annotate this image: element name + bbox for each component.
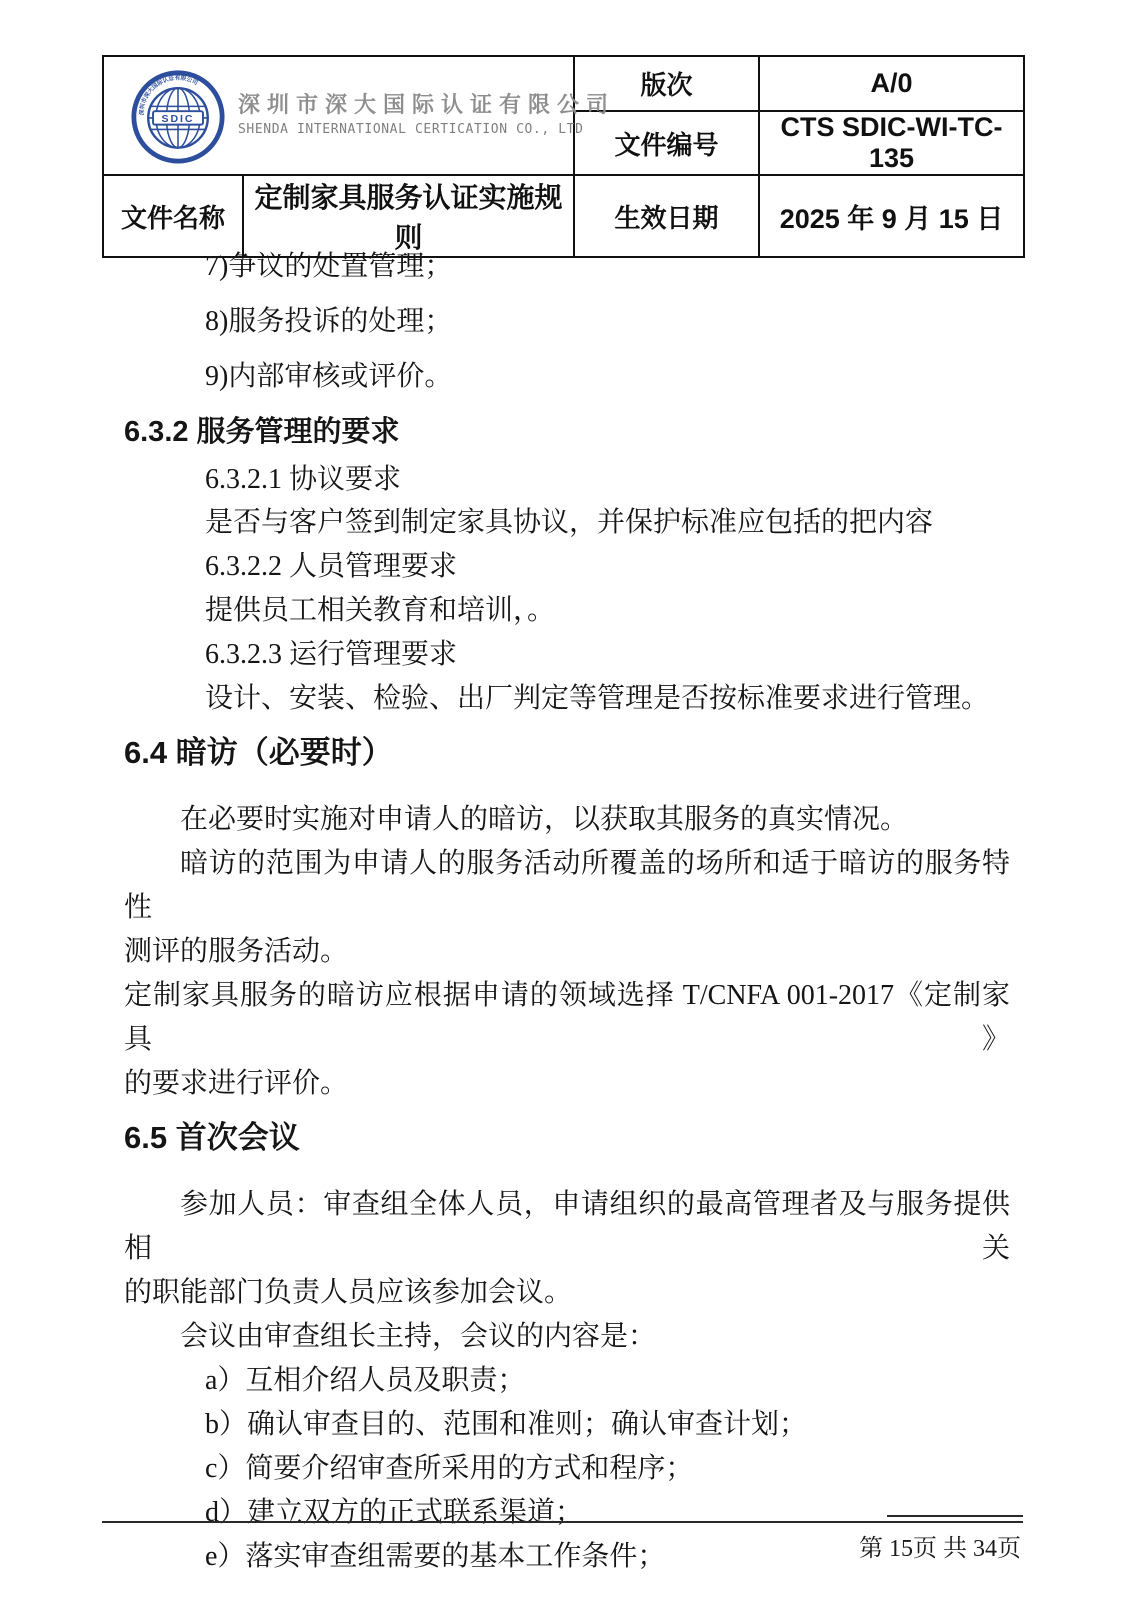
list-item-c: c）简要介绍审查所采用的方式和程序；: [124, 1447, 1010, 1491]
logo-sdic-text: SDIC: [162, 112, 195, 124]
list-item-a: a）互相介绍人员及职责；: [124, 1359, 1010, 1403]
heading-6-5: 6.5 首次会议: [124, 1114, 1010, 1163]
paragraph: 参加人员：审查组全体人员，申请组织的最高管理者及与服务提供相关: [124, 1183, 1010, 1271]
paragraph: 会议由审查组长主持，会议的内容是：: [124, 1315, 1010, 1359]
heading-6-3-2-2: 6.3.2.2 人员管理要求: [124, 545, 1010, 589]
list-item-9: 9)内部审核或评价。: [124, 355, 1010, 399]
paragraph: 的要求进行评价。: [124, 1062, 1010, 1106]
footer-rule-right: [887, 1515, 1023, 1517]
heading-6-4: 6.4 暗访（必要时）: [124, 729, 1010, 778]
list-item-7: 7)争议的处置管理；: [124, 245, 1010, 289]
paragraph: 在必要时实施对申请人的暗访，以获取其服务的真实情况。: [124, 798, 1010, 842]
version-value: A/0: [759, 56, 1024, 111]
paragraph: 提供员工相关教育和培训，。: [124, 589, 1010, 633]
heading-6-3-2-1: 6.3.2.1 协议要求: [124, 458, 1010, 502]
paragraph: 定制家具服务的暗访应根据申请的领域选择 T/CNFA 001-2017《定制家具…: [124, 974, 1010, 1062]
list-item-b: b）确认审查目的、范围和准则；确认审查计划；: [124, 1403, 1010, 1447]
company-name-en: SHENDA INTERNATIONAL CERTICATION CO., LT…: [238, 122, 615, 137]
document-header-table: 深圳市深大国际认证有限公司 SDIC: [102, 55, 1025, 258]
company-cell: 深圳市深大国际认证有限公司 SDIC: [103, 56, 574, 175]
paragraph: 的职能部门负责人员应该参加会议。: [124, 1271, 1010, 1315]
list-item-8: 8)服务投诉的处理；: [124, 300, 1010, 344]
company-name-cn: 深圳市深大国际认证有限公司: [238, 88, 615, 119]
doc-number-value: CTS SDIC-WI-TC-135: [759, 111, 1024, 175]
footer-rule: [102, 1521, 1023, 1523]
document-page: 深圳市深大国际认证有限公司 SDIC: [0, 0, 1131, 1600]
paragraph: 暗访的范围为申请人的服务活动所覆盖的场所和适于暗访的服务特性: [124, 842, 1010, 930]
paragraph: 设计、安装、检验、出厂判定等管理是否按标准要求进行管理。: [124, 677, 1010, 721]
company-logo-icon: 深圳市深大国际认证有限公司 SDIC: [130, 68, 226, 164]
paragraph: 测评的服务活动。: [124, 930, 1010, 974]
page-number: 第 15页 共 34页: [859, 1528, 1021, 1563]
heading-6-3-2-3: 6.3.2.3 运行管理要求: [124, 633, 1010, 677]
paragraph: 是否与客户签到制定家具协议，并保护标准应包括的把内容: [124, 501, 1010, 545]
heading-6-3-2: 6.3.2 服务管理的要求: [124, 410, 1010, 456]
document-body: 7)争议的处置管理；8)服务投诉的处理；9)内部审核或评价。6.3.2 服务管理…: [124, 245, 1010, 1579]
